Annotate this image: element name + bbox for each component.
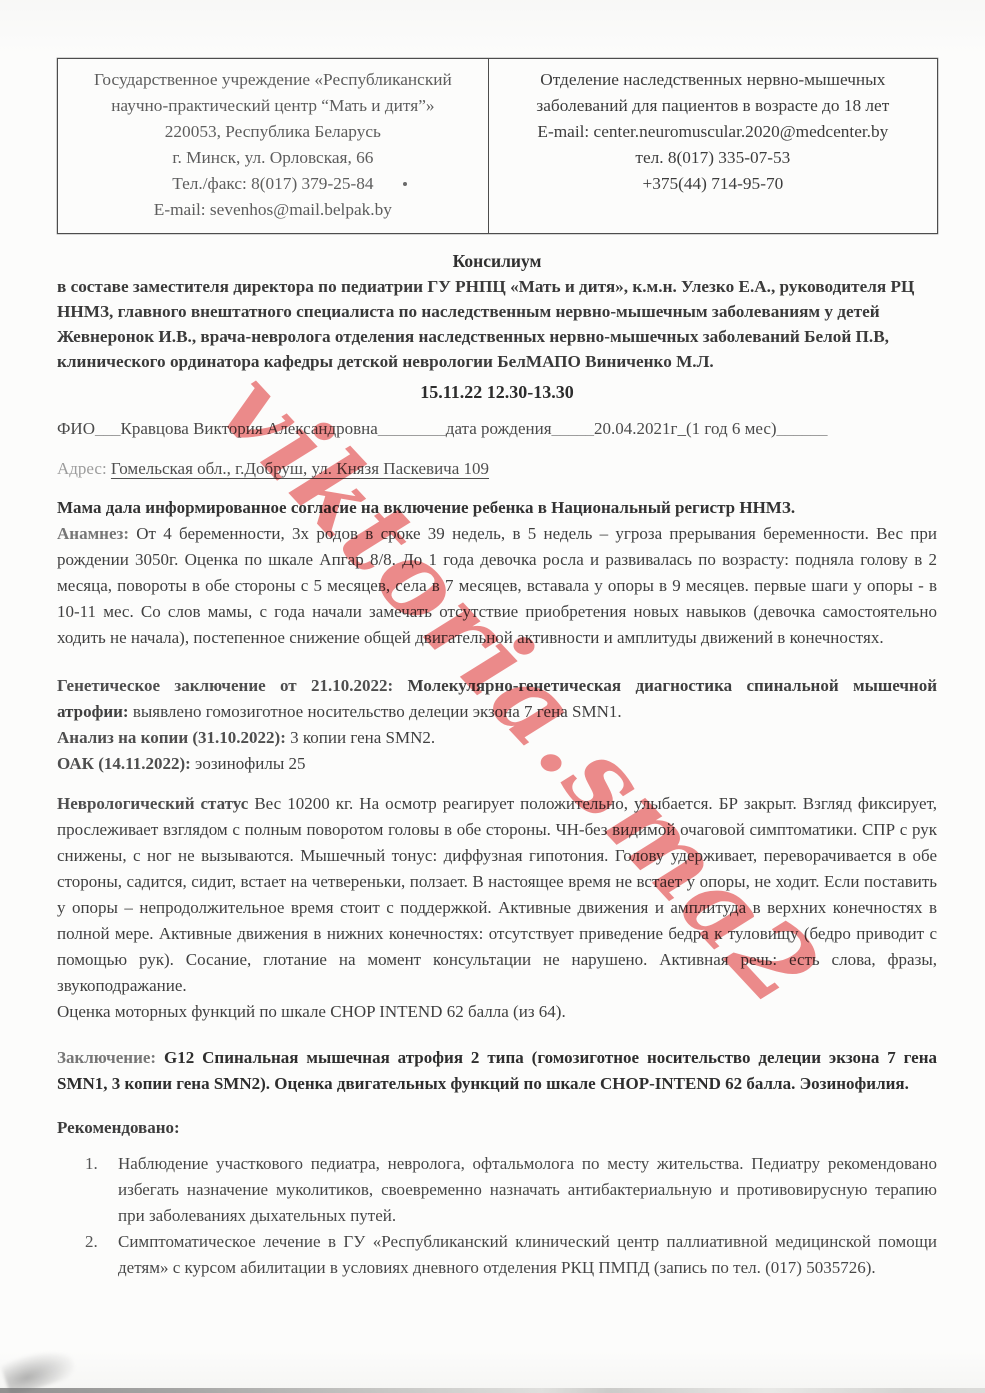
address-label: Адрес: (57, 459, 107, 478)
fio-label: ФИО (57, 419, 95, 438)
org-left-cell: Государственное учреждение «Республиканс… (58, 59, 489, 233)
neuro-status-text: Вес 10200 кг. На осмотр реагирует положи… (57, 794, 937, 995)
org-street-address: г. Минск, ул. Орловская, 66 (64, 145, 482, 171)
scan-speck (403, 182, 407, 186)
oak-label: ОАК (14.11.2022): (57, 754, 191, 773)
neuro-status-paragraph: Неврологический статус Вес 10200 кг. На … (57, 791, 937, 999)
dept-phone-1: тел. 8(017) 335-07-53 (495, 145, 931, 171)
patient-name: Кравцова Виктория Александровна (120, 419, 377, 438)
anamnesis-label: Анамнез: (57, 524, 129, 543)
scanned-document-page: Государственное учреждение «Республиканс… (0, 0, 985, 1393)
registry-consent-line: Мама дала информированное согласие на вк… (57, 495, 937, 521)
anamnesis-text: От 4 беременности, 3х родов в сроке 39 н… (57, 524, 937, 647)
org-email: E-mail: sevenhos@mail.belpak.by (64, 197, 482, 223)
conclusion-paragraph: Заключение: G12 Спинальная мышечная атро… (57, 1045, 937, 1097)
recommendations-label: Рекомендовано: (57, 1115, 937, 1141)
recommendation-item: 1. Наблюдение участкового педиатра, невр… (57, 1151, 937, 1229)
chop-intend-line: Оценка моторных функций по шкале CHOP IN… (57, 999, 937, 1025)
recommendation-text: Симптоматическое лечение в ГУ «Республик… (118, 1229, 937, 1281)
org-phone-fax: Тел./факс: 8(017) 379-25-84 (64, 171, 482, 197)
org-name-line-2: научно-практический центр “Мать и дитя”» (64, 93, 482, 119)
org-postal-address: 220053, Республика Беларусь (64, 119, 482, 145)
fio-blank-2: ________ (378, 419, 446, 438)
dob-label: дата рождения (446, 419, 552, 438)
patient-address-line: Адрес: Гомельская обл., г.Добруш, ул. Кн… (57, 456, 937, 482)
genetic-label: Генетическое заключение от 21.10.2022: (57, 676, 393, 695)
document-title: Консилиум (57, 248, 937, 274)
oak-line: ОАК (14.11.2022): эозинофилы 25 (57, 751, 937, 777)
session-datetime: 15.11.22 12.30-13.30 (57, 379, 937, 405)
recommendation-number: 1. (57, 1151, 118, 1229)
recommendation-text: Наблюдение участкового педиатра, невроло… (118, 1151, 937, 1229)
neuro-status-block: Неврологический статус Вес 10200 кг. На … (57, 791, 937, 1025)
trailing-blank: ______ (777, 419, 828, 438)
recommendations-list: 1. Наблюдение участкового педиатра, невр… (57, 1151, 937, 1281)
conclusion-text: G12 Спинальная мышечная атрофия 2 типа (… (57, 1048, 937, 1093)
dept-name-line-1: Отделение наследственных нервно-мышечных (495, 67, 931, 93)
fio-blank: ___ (95, 419, 121, 438)
dept-phone-2: +375(44) 714-95-70 (495, 171, 931, 197)
patient-fio-line: ФИО___Кравцова Виктория Александровна___… (57, 416, 937, 442)
recommendation-item: 2. Симптоматическое лечение в ГУ «Респуб… (57, 1229, 937, 1281)
conclusion-label: Заключение: (57, 1048, 156, 1067)
dob-value: 20.04.2021г_(1 год 6 мес) (594, 419, 777, 438)
copies-analysis-text: 3 копии гена SMN2. (290, 728, 435, 747)
neuro-status-label: Неврологический статус (57, 794, 248, 813)
genetic-conclusion: Генетическое заключение от 21.10.2022: М… (57, 673, 937, 725)
copies-analysis-label: Анализ на копии (31.10.2022): (57, 728, 286, 747)
council-composition: в составе заместителя директора по педиа… (57, 274, 937, 374)
oak-text: эозинофилы 25 (195, 754, 305, 773)
dept-name-line-2: заболеваний для пациентов в возрасте до … (495, 93, 931, 119)
anamnesis-paragraph: Анамнез: От 4 беременности, 3х родов в с… (57, 521, 937, 651)
genetic-block: Генетическое заключение от 21.10.2022: М… (57, 673, 937, 777)
address-value: Гомельская обл., г.Добруш, ул. Князя Пас… (111, 459, 489, 478)
genetic-text: выявлено гомозиготное носительство делец… (133, 702, 622, 721)
dept-email: E-mail: center.neuromuscular.2020@medcen… (495, 119, 931, 145)
org-header-table: Государственное учреждение «Республиканс… (57, 58, 938, 234)
dob-blank: _____ (552, 419, 595, 438)
org-name-line-1: Государственное учреждение «Республиканс… (64, 67, 482, 93)
recommendation-number: 2. (57, 1229, 118, 1281)
scan-bottom-edge (0, 1388, 985, 1393)
org-right-cell: Отделение наследственных нервно-мышечных… (489, 59, 937, 233)
copies-analysis-line: Анализ на копии (31.10.2022): 3 копии ге… (57, 725, 937, 751)
